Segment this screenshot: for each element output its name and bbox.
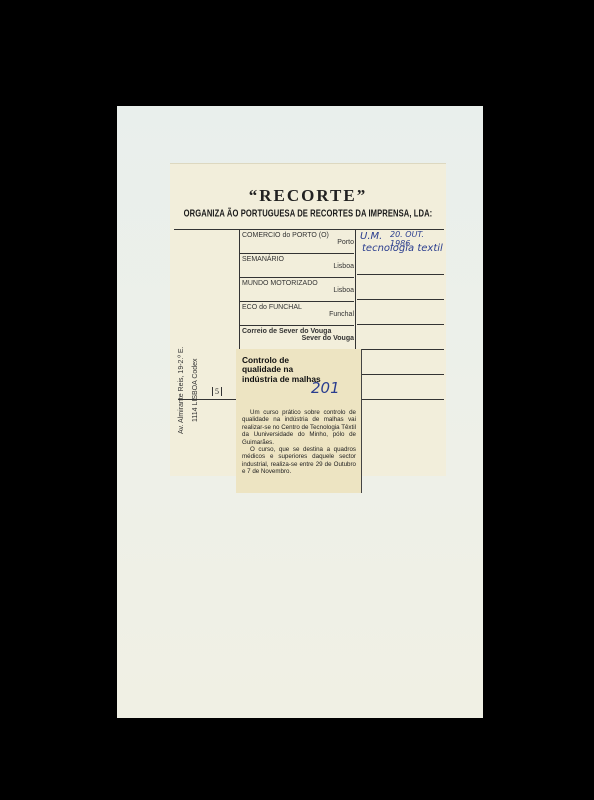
- clipping-paragraph: Um curso prático sobre controlo de quali…: [242, 409, 356, 446]
- address-line-2: 1114 LISBOA Codex: [192, 358, 199, 422]
- handwritten-number: 201: [311, 379, 340, 397]
- publication-row: SEMANÁRIOLisboa: [242, 256, 354, 270]
- box-number: 5: [212, 387, 222, 396]
- address-line-1: Av. Almirante Reis, 19-2.º E.: [178, 347, 185, 435]
- divider: [357, 324, 444, 325]
- divider: [178, 399, 238, 400]
- publication-row: COMERCIO do PORTO (O)Porto: [242, 232, 354, 246]
- clipping-paragraph: O curso, que se destina a quadros médico…: [242, 446, 356, 476]
- divider: [357, 399, 444, 400]
- divider: [357, 374, 444, 375]
- divider: [357, 349, 444, 350]
- publication-row: MUNDO MOTORIZADOLisboa: [242, 280, 354, 294]
- divider: [240, 277, 354, 278]
- divider: [357, 274, 444, 275]
- divider: [240, 301, 354, 302]
- clipping-headline: Controlo de qualidade na indústria de ma…: [242, 356, 322, 384]
- divider: [240, 253, 354, 254]
- publication-row: Correio de Sever do VougaSever do Vouga: [242, 328, 354, 342]
- handwritten-um: U.M.: [360, 231, 382, 242]
- clipping-body: Um curso prático sobre controlo de quali…: [242, 409, 356, 476]
- handwritten-subject: tecnologia textil: [362, 243, 443, 254]
- form-title: “RECORTE”: [170, 186, 446, 206]
- newspaper-clipping: Controlo de qualidade na indústria de ma…: [236, 349, 361, 493]
- divider: [357, 299, 444, 300]
- form-subtitle: ORGANIZA ÃO PORTUGUESA DE RECORTES DA IM…: [170, 208, 446, 220]
- publication-row: ECO do FUNCHALFunchal: [242, 304, 354, 318]
- divider: [240, 325, 354, 326]
